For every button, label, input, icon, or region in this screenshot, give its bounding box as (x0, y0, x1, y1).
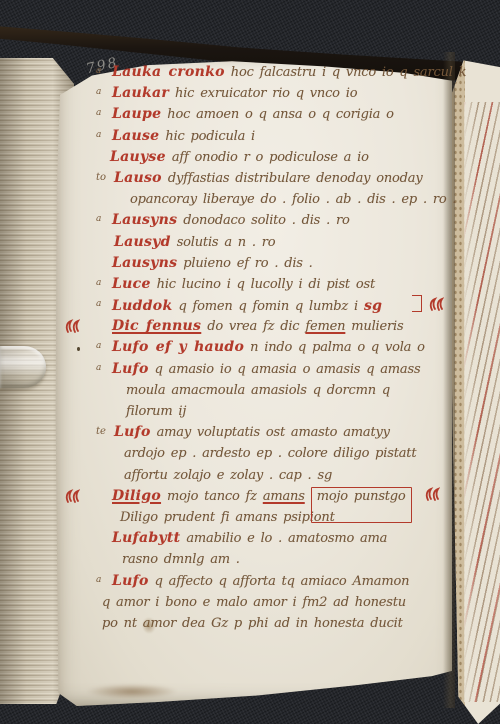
manuscript-line: aLufoq affecto q afforta tq amiaco Amamo… (96, 571, 452, 592)
manuscript-line: aLausynsdonodaco solito . dis . ro (96, 210, 452, 231)
text-block: aLauka cronkohoc falcastru i q vnco io q… (96, 62, 452, 634)
gloss-text: aff onodio r o podiculose a io (172, 150, 369, 165)
manuscript-line: aLucehic lucino i q lucolly i di pist os… (96, 274, 452, 295)
gloss-text: amans (263, 489, 305, 504)
lemma: sg (364, 298, 382, 314)
lemma: Lufo (114, 424, 151, 440)
margin-marker: a (96, 570, 112, 591)
lemma: Lause (112, 128, 159, 144)
manuscript-photo-scene: 798 aLauka cronkohoc falcastru i q vnco … (0, 0, 500, 724)
small-stain (142, 617, 156, 634)
gloss-text: amay voluptatis ost amasto amatyy (157, 425, 390, 440)
manuscript-line: aLuddokq fomen q fomin q lumbz isg (96, 295, 452, 316)
lemma: Lufo (112, 361, 149, 377)
gloss-text: filorum ij (126, 404, 186, 419)
manuscript-line: affortu zolajo e zolay . cap .sg (96, 465, 452, 486)
manuscript-line: aLufo ef y haudon indo q palma o q vola … (96, 337, 452, 358)
margin-marker: te (96, 421, 114, 442)
manuscript-line: aLaupehoc amoen o q ansa o q corigia o (96, 104, 452, 125)
gloss-text: Diligo prudent fi amans psipiont (120, 510, 335, 525)
gloss-text: hoc falcastru i q vnco io q sarcul k (231, 65, 467, 80)
lemma: Lufo ef y haudo (112, 339, 244, 355)
bottom-edge-stain (86, 684, 178, 699)
manuscript-line: aLauka cronkohoc falcastru i q vnco io q… (96, 62, 452, 83)
margin-marker: a (96, 61, 112, 82)
margin-marker: a (96, 82, 112, 103)
lemma: Lauka cronko (112, 64, 225, 80)
gloss-text: mojo punstgo (311, 487, 412, 523)
gloss-text: q amasio io q amasia o amasis q amass (155, 362, 421, 377)
manuscript-line: toLausodyffastias distribulare denoday o… (96, 168, 452, 189)
gloss-text: hic podicula i (165, 129, 255, 144)
margin-marker: a (96, 273, 112, 294)
lemma: Laupe (112, 106, 161, 122)
manuscript-line: Lufabyttamabilio e lo . amatosmo ama (96, 528, 452, 549)
manuscript-line: teLufoamay voluptatis ost amasto amatyy (96, 422, 452, 443)
lemma: Dic fennus (112, 318, 201, 334)
manuscript-line: Diligomojo tanco fzamansmojo punstgo (96, 486, 452, 507)
manuscript-line: Lausynspluieno ef ro . dis . (96, 253, 452, 274)
paragraph-fleuron-icon (424, 487, 440, 509)
manuscript-line: q amor i bono e malo amor i fm2 ad hones… (96, 592, 452, 613)
manuscript-line: Dic fennusdo vrea fz dicfemenmulieris (96, 316, 452, 337)
margin-marker: a (96, 294, 112, 315)
gloss-text: affortu zolajo e zolay . cap . (124, 468, 312, 483)
paragraph-fleuron-icon (64, 319, 80, 341)
lemma: Lufabytt (112, 530, 180, 546)
lemma: Lauyse (110, 149, 166, 165)
gloss-text: rasno dmnlg am . (122, 552, 240, 567)
manuscript-line: opancoray liberaye do . folio . ab . dis… (96, 189, 452, 210)
gloss-text: amabilio e lo . amatosmo ama (186, 531, 387, 546)
manuscript-line: moula amacmoula amasiols q dorcmn q (96, 380, 452, 401)
manuscript-line: Lauyseaff onodio r o podiculose a io (96, 147, 452, 168)
gloss-text: mojo tanco fz (167, 489, 257, 504)
lemma: Luce (112, 276, 151, 292)
red-bracket (412, 295, 422, 312)
lemma: Lufo (112, 573, 149, 589)
manuscript-line: rasno dmnlg am . (96, 549, 452, 570)
margin-marker: a (96, 358, 112, 379)
lemma: Diligo (112, 488, 161, 504)
lemma: Lausyns (112, 212, 177, 228)
gloss-text: q affecto q afforta tq amiaco Amamon (155, 574, 410, 589)
margin-marker: a (96, 336, 112, 357)
gloss-text: hoc amoen o q ansa o q corigia o (167, 107, 394, 122)
lemma: Luddok (112, 298, 172, 314)
paragraph-fleuron-icon (64, 489, 80, 511)
manuscript-line: filorum ij (96, 401, 452, 422)
gloss-text: hic exruicator rio q vnco io (175, 86, 357, 101)
lemma: Lauso (114, 170, 162, 186)
facing-page-script-texture (464, 102, 500, 702)
gloss-text: q amor i bono e malo amor i fm2 ad hones… (102, 595, 406, 610)
gloss-text: n indo q palma o q vola o (250, 340, 425, 355)
glass-weight (0, 346, 46, 388)
gloss-text: q fomen q fomin q lumbz i (178, 299, 357, 314)
margin-marker: a (96, 209, 112, 230)
margin-marker: a (96, 125, 112, 146)
gloss-text: sg (318, 468, 333, 483)
lemma: Laukar (112, 85, 169, 101)
gloss-text: mulieris (351, 319, 403, 334)
lemma: Lausyns (112, 255, 177, 271)
gloss-text: dyffastias distribulare denoday onoday (168, 171, 423, 186)
gloss-text: ardojo ep . ardesto ep . colore diligo p… (124, 446, 416, 461)
manuscript-line: aLufoq amasio io q amasia o amasis q ama… (96, 359, 452, 380)
gloss-text: solutis a n . ro (177, 235, 276, 250)
manuscript-line: ardojo ep . ardesto ep . colore diligo p… (96, 443, 452, 464)
gloss-text: do vrea fz dic (207, 319, 299, 334)
gloss-text: hic lucino i q lucolly i di pist ost (157, 277, 375, 292)
gloss-text: moula amacmoula amasiols q dorcmn q (126, 383, 390, 398)
manuscript-line: aLaukarhic exruicator rio q vnco io (96, 83, 452, 104)
gloss-text: femen (305, 319, 345, 334)
ink-speck (77, 347, 80, 351)
manuscript-line: aLausehic podicula i (96, 126, 452, 147)
manuscript-line: Lausydsolutis a n . ro (96, 232, 452, 253)
gloss-text: opancoray liberaye do . folio . ab . dis… (130, 192, 456, 207)
gloss-text: pluieno ef ro . dis . (183, 256, 312, 271)
margin-marker: to (96, 167, 114, 188)
lemma: Lausyd (114, 234, 171, 250)
gloss-text: donodaco solito . dis . ro (183, 213, 349, 228)
margin-marker: a (96, 103, 112, 124)
